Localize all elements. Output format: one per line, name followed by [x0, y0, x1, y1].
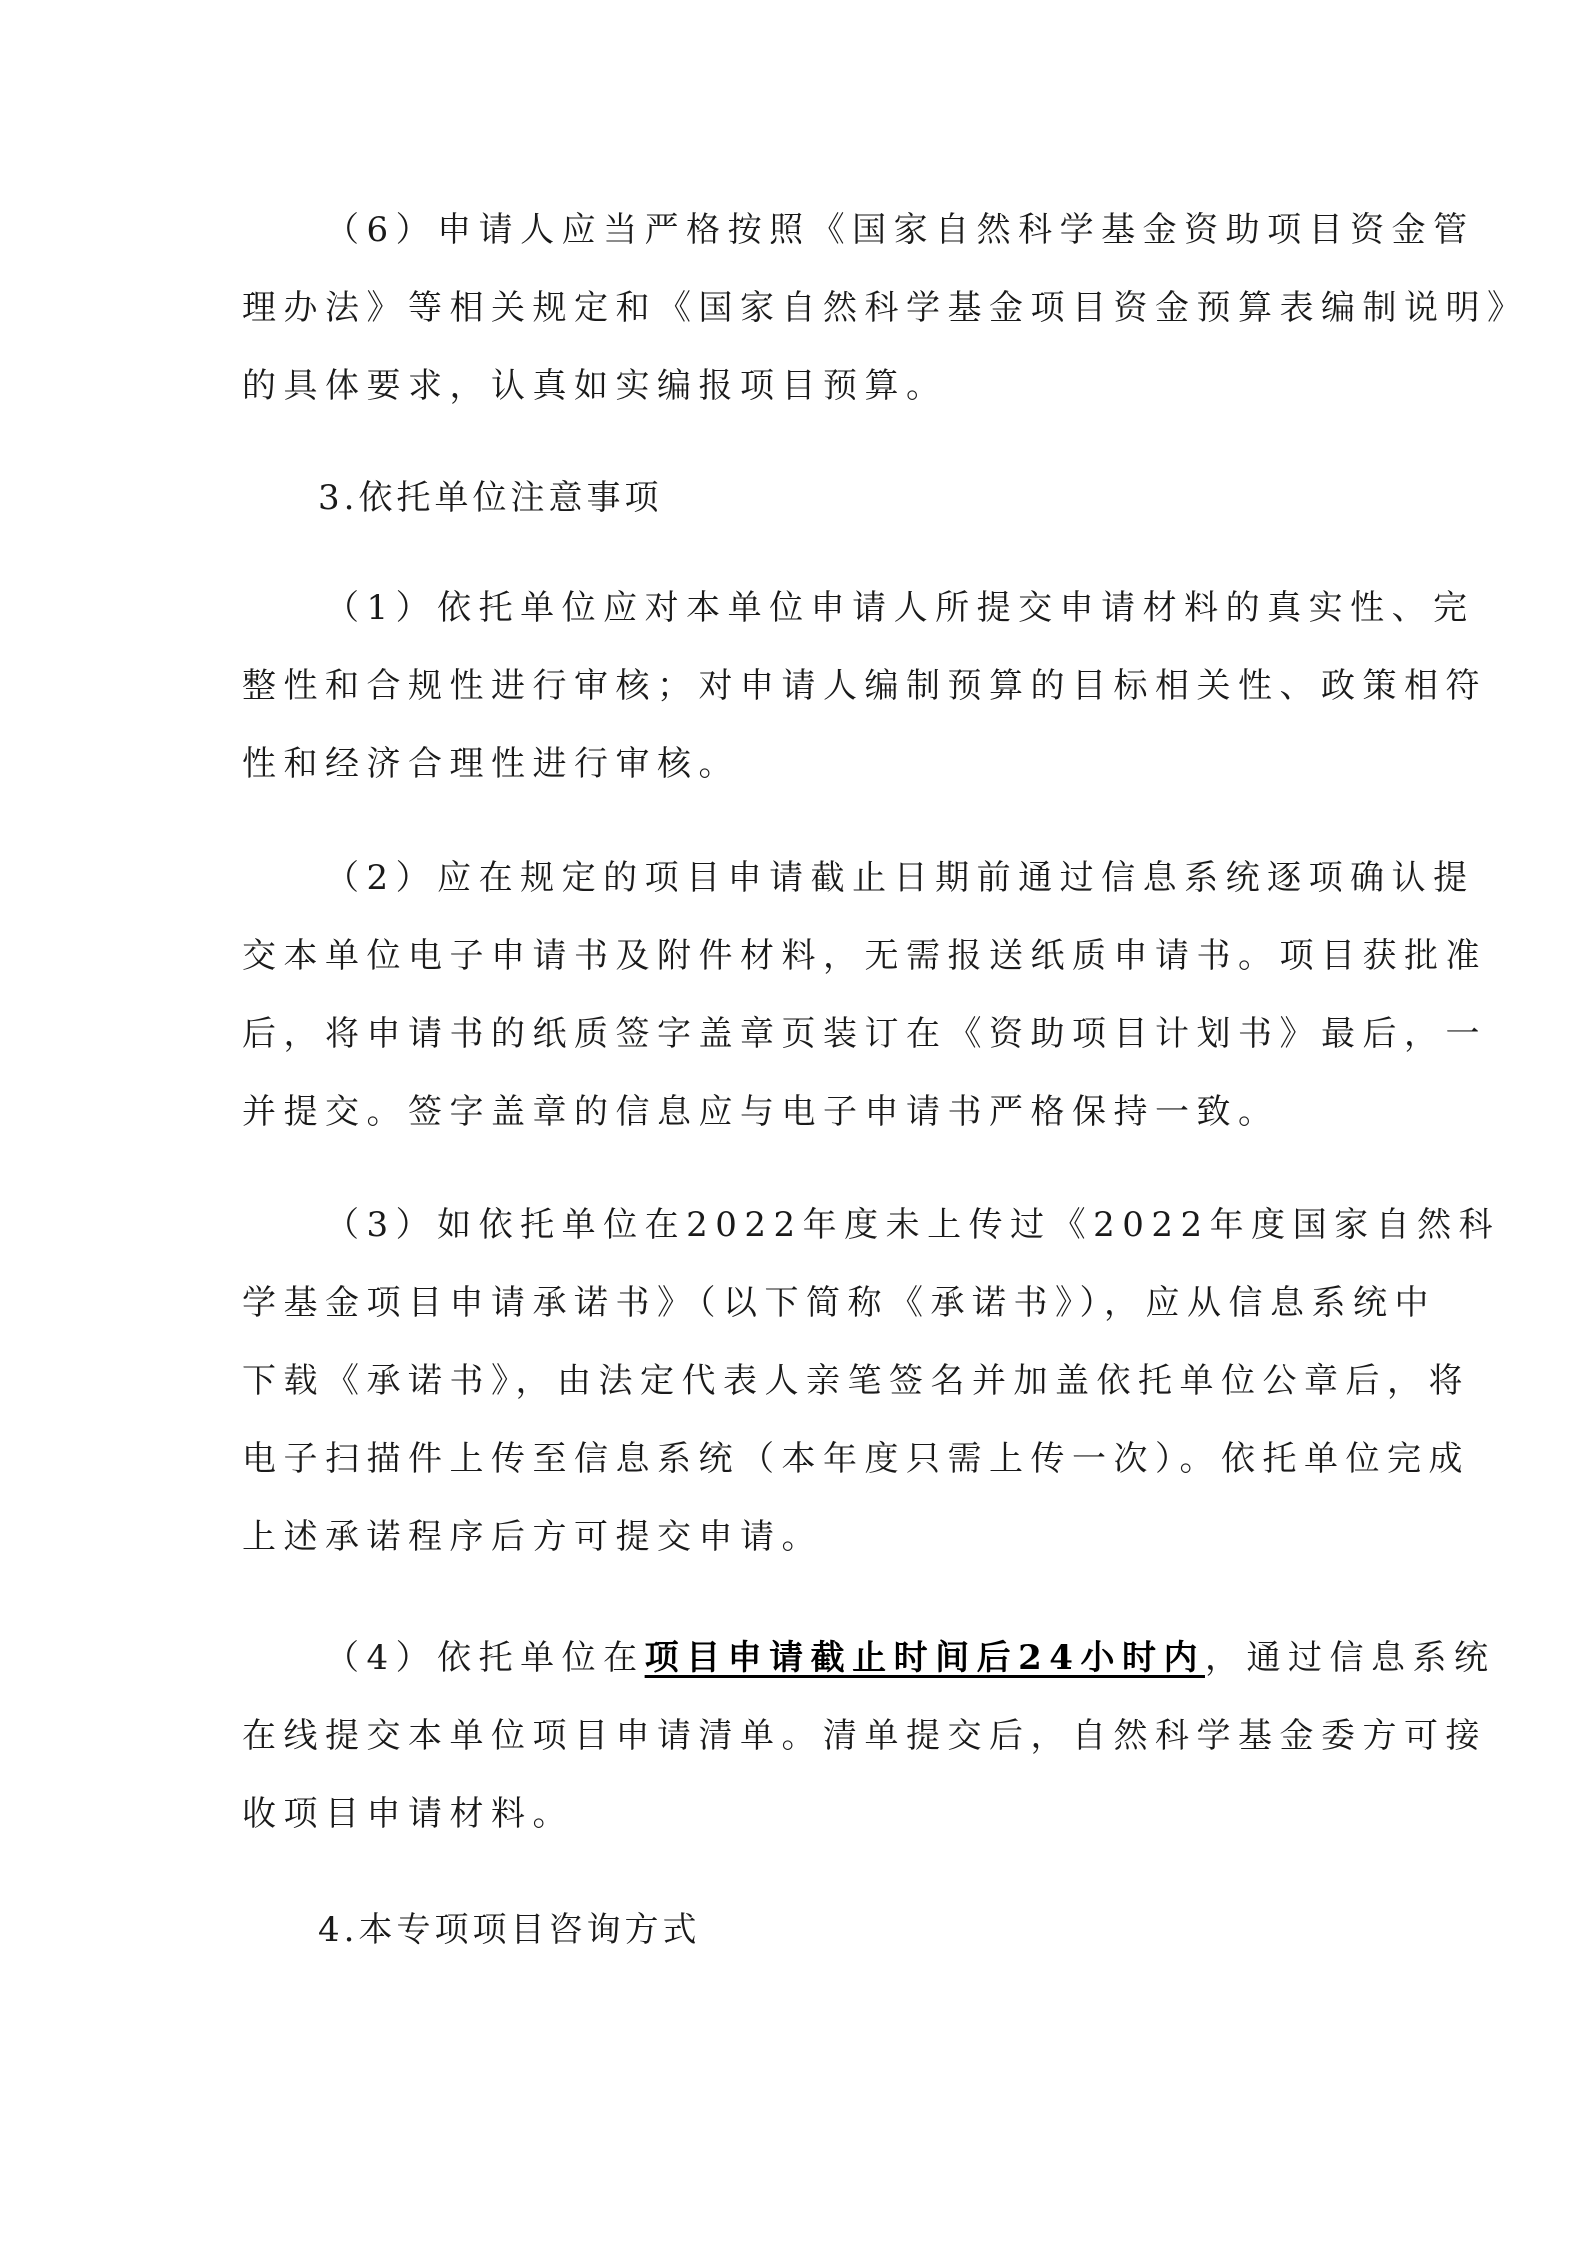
document-page: （6）申请人应当严格按照《国家自然科学基金资助项目资金管 理办法》等相关规定和《…	[0, 0, 1587, 2245]
item-2-line-2: 交本单位电子申请书及附件材料，无需报送纸质申请书。项目获批准	[242, 931, 1352, 981]
item-3-line-1: （3）如依托单位在2022年度未上传过《2022年度国家自然科	[325, 1200, 1352, 1250]
paragraph-6-line-2: 理办法》等相关规定和《国家自然科学基金项目资金预算表编制说明》	[242, 283, 1352, 333]
item-1-line-2: 整性和合规性进行审核；对申请人编制预算的目标相关性、政策相符	[242, 661, 1352, 711]
item-1-line-3: 性和经济合理性进行审核。	[242, 739, 1352, 789]
item-2-line-3: 后，将申请书的纸质签字盖章页装订在《资助项目计划书》最后，一	[242, 1009, 1352, 1059]
item-4-suffix: ，通过信息系统	[1205, 1638, 1496, 1678]
item-3-line-2: 学基金项目申请承诺书》（以下简称《承诺书》），应从信息系统中	[242, 1278, 1352, 1328]
item-4-line-3: 收项目申请材料。	[242, 1789, 1352, 1839]
item-4-prefix: （4）依托单位在	[325, 1638, 645, 1678]
paragraph-6-line-1: （6）申请人应当严格按照《国家自然科学基金资助项目资金管	[325, 205, 1352, 255]
item-4-line-2: 在线提交本单位项目申请清单。清单提交后，自然科学基金委方可接	[242, 1711, 1352, 1761]
item-1-line-1: （1）依托单位应对本单位申请人所提交申请材料的真实性、完	[325, 583, 1352, 633]
paragraph-6-line-3: 的具体要求，认真如实编报项目预算。	[242, 361, 1352, 411]
deadline-highlight: 项目申请截止时间后24小时内	[645, 1638, 1205, 1678]
section-3-heading: 3.依托单位注意事项	[318, 473, 662, 523]
item-2-line-4: 并提交。签字盖章的信息应与电子申请书严格保持一致。	[242, 1087, 1352, 1137]
item-2-line-1: （2）应在规定的项目申请截止日期前通过信息系统逐项确认提	[325, 853, 1352, 903]
section-4-heading: 4.本专项项目咨询方式	[318, 1905, 700, 1955]
item-3-line-3: 下载《承诺书》，由法定代表人亲笔签名并加盖依托单位公章后，将	[242, 1356, 1352, 1406]
item-3-line-5: 上述承诺程序后方可提交申请。	[242, 1512, 1352, 1562]
item-4-line-1: （4）依托单位在项目申请截止时间后24小时内，通过信息系统	[325, 1633, 1352, 1683]
item-3-line-4: 电子扫描件上传至信息系统（本年度只需上传一次）。依托单位完成	[242, 1434, 1352, 1484]
